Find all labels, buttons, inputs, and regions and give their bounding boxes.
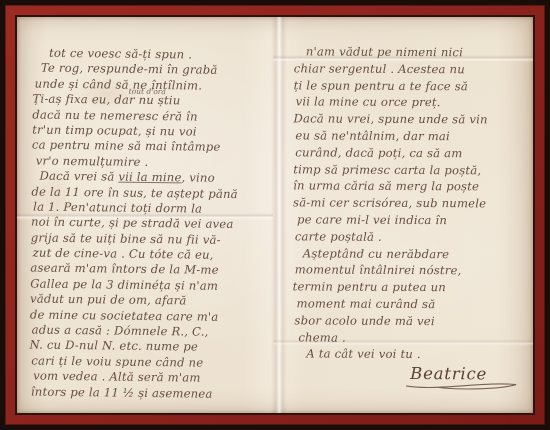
signature-flourish [402, 380, 522, 393]
interlinear-insertion: tout d'ora [129, 87, 166, 96]
underlined-phrase: vii la mine [118, 170, 181, 185]
letter-page-left: tot ce voesc să-ți spun .Te rog, respund… [29, 46, 275, 403]
letter-page-right: n'am vădut pe nimeni nicichiar sergentul… [292, 44, 536, 386]
letter-photo: tot ce voesc să-ți spun .Te rog, respund… [0, 0, 550, 430]
letter-line: n'am vădut pe nimeni nici [294, 44, 536, 62]
letter-line: A ta cât vei voi tu . [292, 347, 534, 365]
letter-line: chema . [292, 330, 534, 348]
letter-line: să-mi cer scrisórea, sub numele [293, 196, 535, 214]
letter-sheet: tot ce voesc să-ți spun .Te rog, respund… [15, 15, 535, 415]
letter-line: vii la mine cu orce preț. [294, 95, 536, 113]
page-right-lines: n'am vădut pe nimeni nicichiar sergentul… [292, 44, 536, 364]
letter-line: ți le spun pentru a te face să [294, 78, 536, 96]
letter-line: în urma căria să merg la poște [293, 179, 535, 197]
letter-line: termin pentru a putea un [293, 280, 535, 298]
page-left-lines: tot ce voesc să-ți spun .Te rog, respund… [29, 46, 275, 403]
letter-line: întors pe la 11 ½ și asemenea [29, 384, 271, 402]
letter-line: timp să primesc carta la poștă, [293, 162, 535, 180]
letter-line: momentul întâlnirei nóstre, [293, 263, 535, 281]
letter-line: pe care mi-l vei indica în [293, 212, 535, 230]
letter-line: Așteptând cu nerăbdare [293, 246, 535, 264]
letter-line: Dacă nu vrei, spune unde să vin [293, 112, 535, 130]
signature: Beatrice [292, 364, 534, 387]
letter-line: carte poștală . [293, 229, 535, 247]
letter-line: eu să ne'ntâlnim, dar mai [293, 128, 535, 146]
letter-line: chiar sergentul . Acestea nu [294, 61, 536, 79]
letter-line: moment mai curând să [292, 296, 534, 314]
letter-line: curând, dacă poți, ca să am [293, 145, 535, 163]
letter-line: sbor acolo unde mă vei [292, 313, 534, 331]
